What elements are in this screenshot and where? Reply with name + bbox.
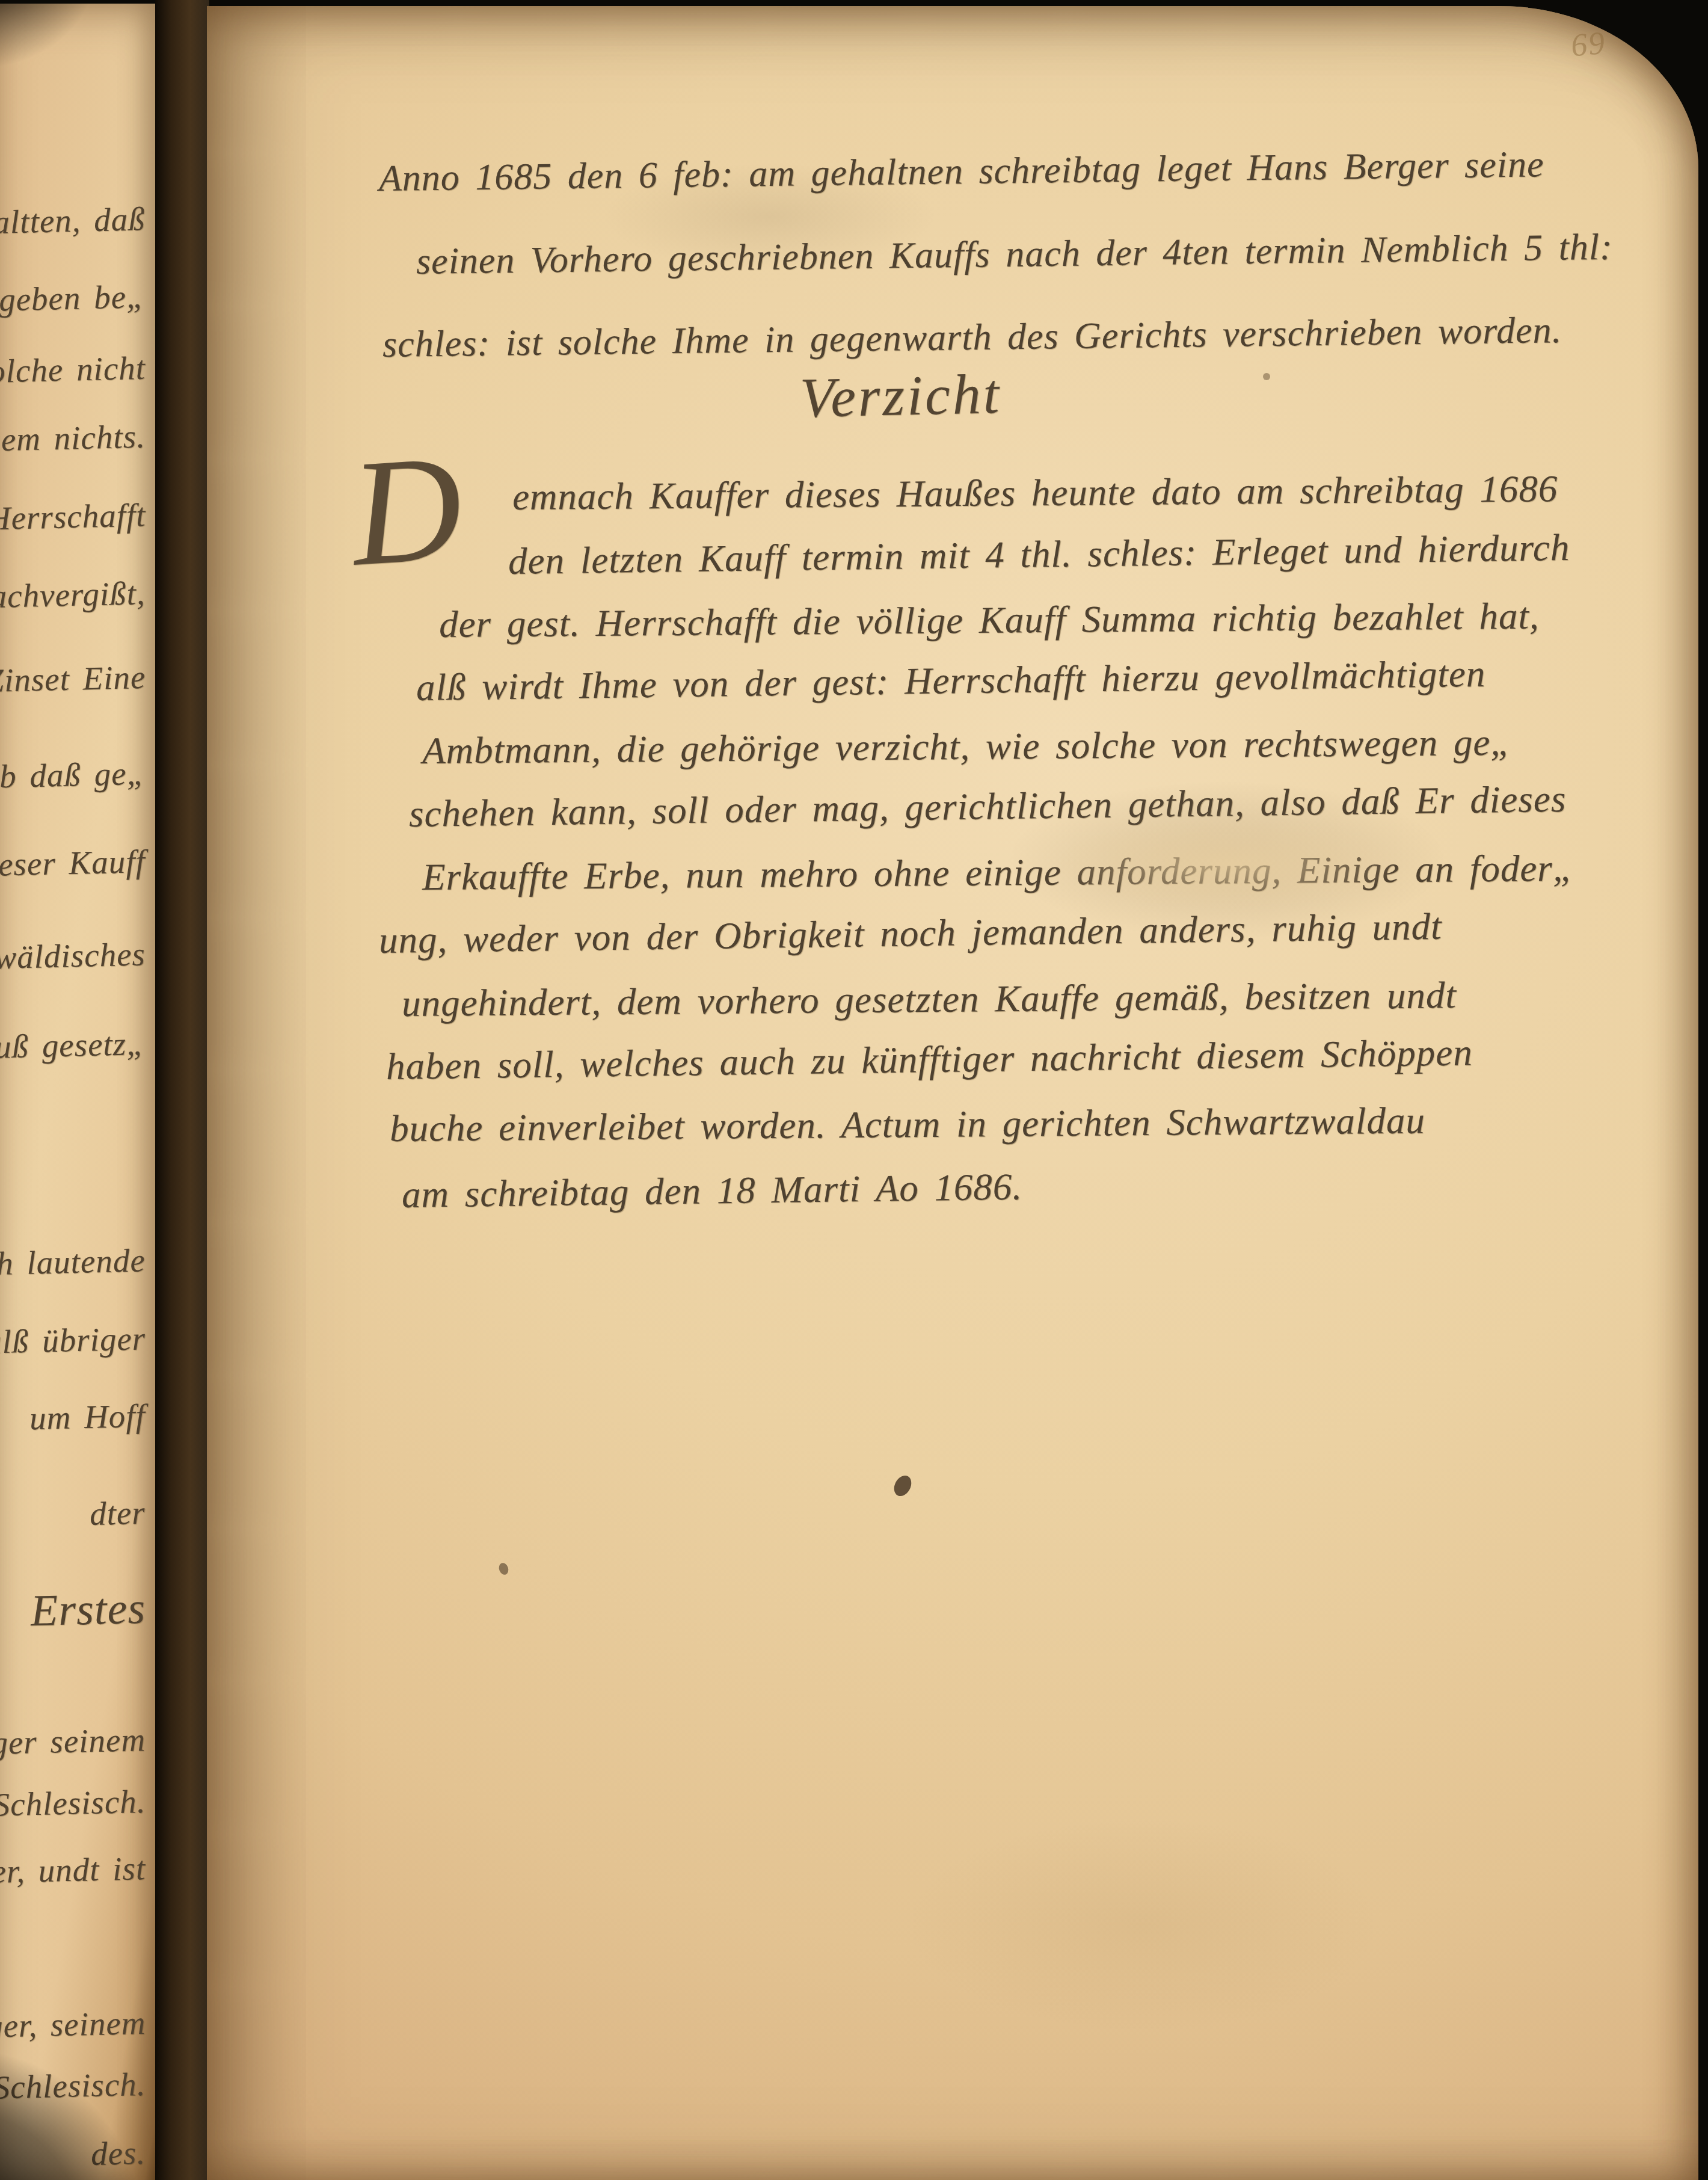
- margin-fragment: heb Zu geben be„: [0, 277, 146, 321]
- margin-fragment: Erstes: [30, 1583, 146, 1637]
- body-line: Erkauffte Erbe, nun mehro ohne einige an…: [422, 846, 1574, 899]
- margin-fragment: l. Herrschafft: [0, 496, 146, 538]
- margin-fragment: um Hoff: [29, 1397, 146, 1437]
- margin-fragment: tz wäldisches: [0, 935, 146, 977]
- binding-gutter: [155, 0, 209, 2180]
- body-line: der gest. Herrschafft die völlige Kauff …: [439, 594, 1540, 647]
- margin-fragment: mmer, undt ist: [0, 1849, 146, 1892]
- margin-fragment: ß felß auß gesetz„: [0, 1024, 146, 1068]
- margin-fragment: dtes, alß übriger: [0, 1320, 146, 1363]
- margin-fragment: r nachvergißt,: [0, 574, 146, 616]
- page-number: 69: [1569, 24, 1607, 64]
- margin-fragment: dter: [90, 1494, 146, 1533]
- margin-fragment: s, umb daß ge„: [0, 754, 146, 797]
- margin-fragment: g gleich lautende: [0, 1241, 146, 1284]
- margin-fragment: 5. thal: Schlesisch.: [0, 2065, 146, 2109]
- margin-fragment: berger seinem: [0, 1720, 146, 1763]
- margin-fragment: lir, Zinset Eine: [0, 658, 146, 701]
- section-heading: Verzicht: [799, 362, 1002, 431]
- margin-fragment: 5. thal: Schlesisch.: [0, 1782, 146, 1826]
- body-line: buche einverleibet worden. Actum in geri…: [390, 1098, 1425, 1151]
- body-line: emnach Kauffer dieses Haußes heunte dato…: [512, 467, 1558, 519]
- left-page-edge: gehaltten, daß heb Zu geben be„ fir solc…: [0, 4, 155, 2180]
- margin-fragment: gehaltten, daß: [0, 200, 146, 242]
- margin-fragment: des.: [90, 2134, 146, 2173]
- book-scan: gehaltten, daß heb Zu geben be„ fir solc…: [0, 0, 1708, 2180]
- drop-cap-initial: D: [346, 431, 467, 590]
- margin-fragment: r diesem nichts.: [0, 417, 146, 461]
- body-line: ungehindert, dem vorhero gesetzten Kauff…: [402, 973, 1457, 1026]
- margin-fragment: ger, seinem: [0, 2004, 146, 2045]
- margin-fragment: h dieser Kauff: [0, 842, 146, 885]
- body-line: Ambtmann, die gehörige verzicht, wie sol…: [422, 721, 1513, 773]
- margin-fragment: fir solche nicht: [0, 349, 146, 392]
- body-line: am schreibtag den 18 Marti Ao 1686.: [402, 1165, 1023, 1217]
